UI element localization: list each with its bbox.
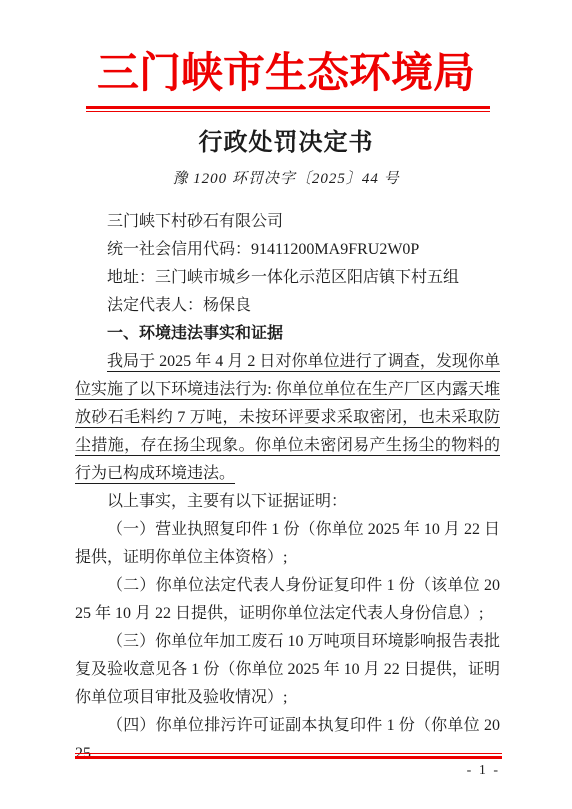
- body-paragraph: 地址：三门峡市城乡一体化示范区阳店镇下村五组: [75, 264, 500, 292]
- page-number: - 1 -: [75, 763, 500, 779]
- doc-number: 豫 1200 环罚决字〔2025〕44 号: [0, 168, 572, 190]
- body-paragraph: 统一社会信用代码：91411200MA9FRU2W0P: [75, 236, 500, 264]
- footer-rule-thick: [75, 756, 502, 759]
- header-double-rule: [86, 106, 490, 112]
- agency-title: 三门峡市生态环境局: [0, 50, 572, 98]
- body-paragraph: 法定代表人：杨保良: [75, 292, 500, 320]
- body-paragraph: （三）你单位年加工废石 10 万吨项目环境影响报告表批复及验收意见各 1 份（你…: [75, 628, 500, 712]
- footer-double-rule: [75, 753, 502, 759]
- page-footer: - 1 -: [75, 753, 502, 779]
- document-page: 三门峡市生态环境局 行政处罚决定书 豫 1200 环罚决字〔2025〕44 号 …: [0, 0, 572, 809]
- body-paragraph: 以上事实，主要有以下证据证明：: [75, 488, 500, 516]
- body-paragraph: 三门峡下村砂石有限公司: [75, 208, 500, 236]
- document-body: 三门峡下村砂石有限公司统一社会信用代码：91411200MA9FRU2W0P地址…: [75, 208, 500, 768]
- body-paragraph: 一、环境违法事实和证据: [75, 320, 500, 348]
- body-paragraph: 我局于 2025 年 4 月 2 日对你单位进行了调查，发现你单位实施了以下环境…: [75, 348, 500, 488]
- body-paragraph: （二）你单位法定代表人身份证复印件 1 份（该单位 2025 年 10 月 22…: [75, 572, 500, 628]
- header-rule-thin: [86, 111, 490, 112]
- decision-title: 行政处罚决定书: [0, 128, 572, 158]
- body-paragraph: （一）营业执照复印件 1 份（你单位 2025 年 10 月 22 日提供，证明…: [75, 516, 500, 572]
